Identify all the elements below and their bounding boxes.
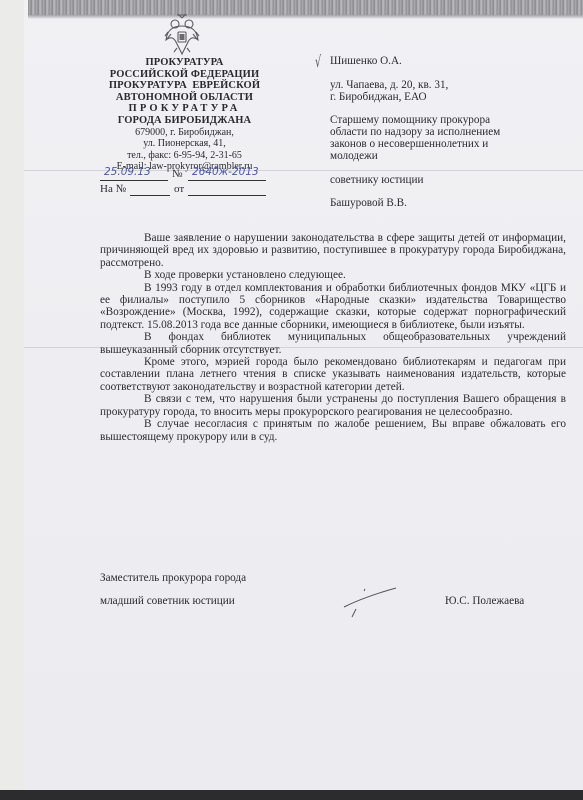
body-paragraph: Кроме этого, мэрией города было рекоменд… [100,356,566,393]
addressee-city: г. Биробиджан, ЕАО [330,92,570,104]
sender-header: ПРОКУРАТУРА РОССИЙСКОЙ ФЕДЕРАЦИИ ПРОКУРА… [92,57,277,173]
header-line: РОССИЙСКОЙ ФЕДЕРАЦИИ [92,69,277,81]
body-paragraph: В 1993 году в отдел комплектования и обр… [100,282,566,332]
registration-number: 2640ж-2013 [192,166,259,178]
header-city: ГОРОДА БИРОБИДЖАНА [92,115,277,127]
copy-to-line: законов о несовершеннолетних и [330,139,570,151]
number-label: № [172,168,183,180]
scan-left-margin [0,0,25,790]
copy-to-rank: советнику юстиции [330,175,570,187]
header-line: ПРОКУРАТУРА ЕВРЕЙСКОЙ [92,80,277,92]
addressee-name: Шишенко О.А. [330,56,570,68]
signer-name: Ю.С. Полежаева [445,595,524,607]
header-line: ПРОКУРАТУРА [92,57,277,69]
ref-number-label: На № [100,183,126,195]
header-address: ул. Пионерская, 41, [92,138,277,150]
ref-from-label: от [174,183,184,195]
body-paragraph: Ваше заявление о нарушении законодательс… [100,232,566,269]
addressee-block: Шишенко О.А. ул. Чапаева, д. 20, кв. 31,… [330,56,570,210]
header-line-spaced: ПРОКУРАТУРА [92,103,277,115]
reference-line: На № от [100,183,270,197]
ref-number-blank [130,183,170,196]
addressee-address: ул. Чапаева, д. 20, кв. 31, [330,80,570,92]
scan-bottom-edge [0,790,583,800]
body-paragraph: В ходе проверки установлено следующее. [100,269,566,281]
registration-line: 25.09.13 № 2640ж-2013 [100,168,270,182]
body-paragraph: В случае несогласия с принятым по жалобе… [100,418,566,443]
copy-to-name: Башуровой В.В. [330,198,570,210]
russian-coat-of-arms-icon [163,12,201,56]
header-address: 679000, г. Биробиджан, [92,127,277,139]
copy-to-line: молодежи [330,151,570,163]
registration-date: 25.09.13 [104,166,151,178]
handwritten-signature-icon [340,585,400,625]
header-phone: тел., факс: 6-95-94, 2-31-65 [92,150,277,162]
letter-body: Ваше заявление о нарушении законодательс… [100,232,566,443]
body-paragraph: В связи с тем, что нарушения были устран… [100,393,566,418]
signer-rank: младший советник юстиции [100,595,235,607]
body-paragraph: В фондах библиотек муниципальных общеобр… [100,331,566,356]
signer-position: Заместитель прокурора города [100,572,246,584]
scan-top-edge [28,0,583,16]
ref-date-blank [188,183,266,196]
header-line: АВТОНОМНОЙ ОБЛАСТИ [92,92,277,104]
checkmark-icon: √ [315,52,321,71]
